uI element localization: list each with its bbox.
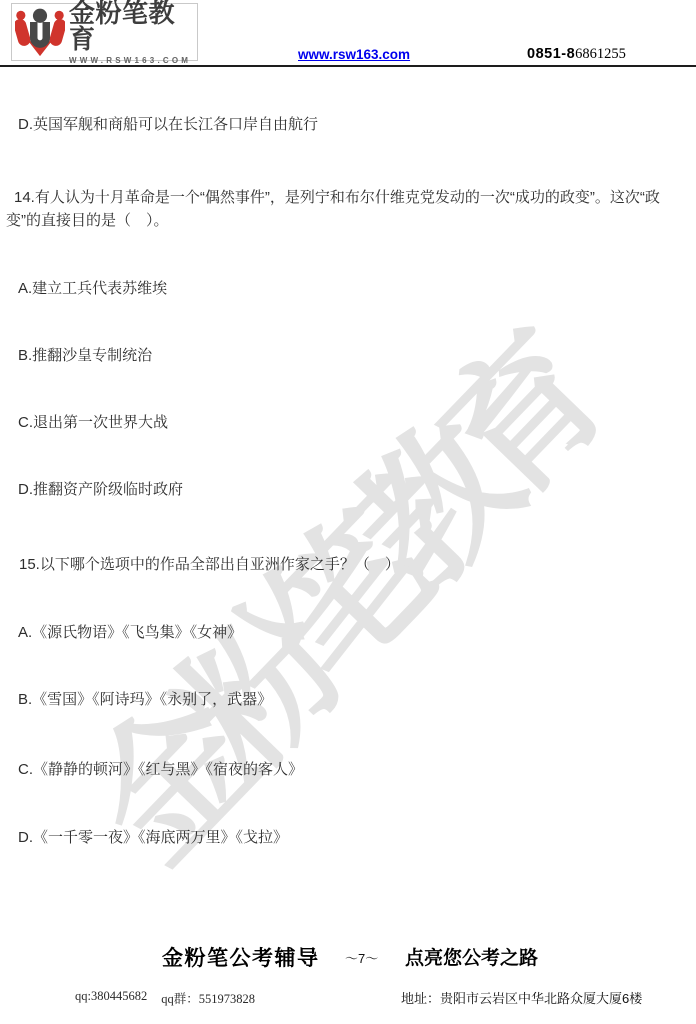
footer-brand: 金粉笔公考辅导	[162, 942, 320, 972]
question-14-option-b: B.推翻沙皇专制统治	[18, 345, 152, 367]
question-13-option-d: D.英国军舰和商船可以在长江各口岸自由航行	[18, 114, 318, 136]
question-15-stem: 15.以下哪个选项中的作品全部出自亚洲作家之手？（ ）	[6, 554, 400, 576]
header-divider	[0, 65, 696, 67]
question-15-option-b: B.《雪国》《阿诗玛》《永别了，武器》	[18, 689, 272, 711]
question-14-stem: 14.有人认为十月革命是一个“偶然事件”，是列宁和布尔什维克党发动的一次“成功的…	[6, 186, 690, 232]
phone-prefix: 0851-8	[527, 46, 575, 62]
question-15-option-d: D.《一千零一夜》《海底两万里》《戈拉》	[18, 827, 288, 849]
question-15-option-c: C.《静静的顿河》《红与黑》《宿夜的客人》	[18, 759, 303, 781]
footer-contacts: qq:380445682 qq群：551973828	[75, 989, 255, 1007]
brand-logo-text: 金粉笔教育 WWW.RSW163.COM	[69, 0, 197, 65]
brand-watermark: 金粉笔教育	[35, 295, 629, 900]
brand-logo-icon	[15, 6, 65, 58]
footer-page-number: ～7～	[345, 948, 378, 967]
question-14-option-a: A.建立工兵代表苏维埃	[18, 278, 167, 300]
question-15-option-a: A.《源氏物语》《飞鸟集》《女神》	[18, 622, 242, 644]
footer-address: 地址：贵阳市云岩区中华北路众厦大厦6楼	[401, 988, 642, 1007]
footer-qq-group: qq群：551973828	[161, 989, 255, 1007]
footer-slogan: 点亮您公考之路	[405, 943, 538, 970]
footer-qq: qq:380445682	[75, 989, 147, 1007]
header-phone-number: 0851-86861255	[527, 46, 626, 63]
brand-logo: 金粉笔教育 WWW.RSW163.COM	[11, 3, 198, 61]
document-page: 金粉笔教育 WWW.RSW163.COM www.rsw163.com 0851…	[0, 0, 696, 1024]
brand-site-caption: WWW.RSW163.COM	[69, 56, 191, 65]
phone-rest: 6861255	[575, 46, 626, 62]
question-14-option-c: C.退出第一次世界大战	[18, 412, 168, 434]
header-site-link[interactable]: www.rsw163.com	[298, 47, 410, 63]
question-14-option-d: D.推翻资产阶级临时政府	[18, 479, 183, 501]
brand-name: 金粉笔教育	[69, 0, 197, 52]
